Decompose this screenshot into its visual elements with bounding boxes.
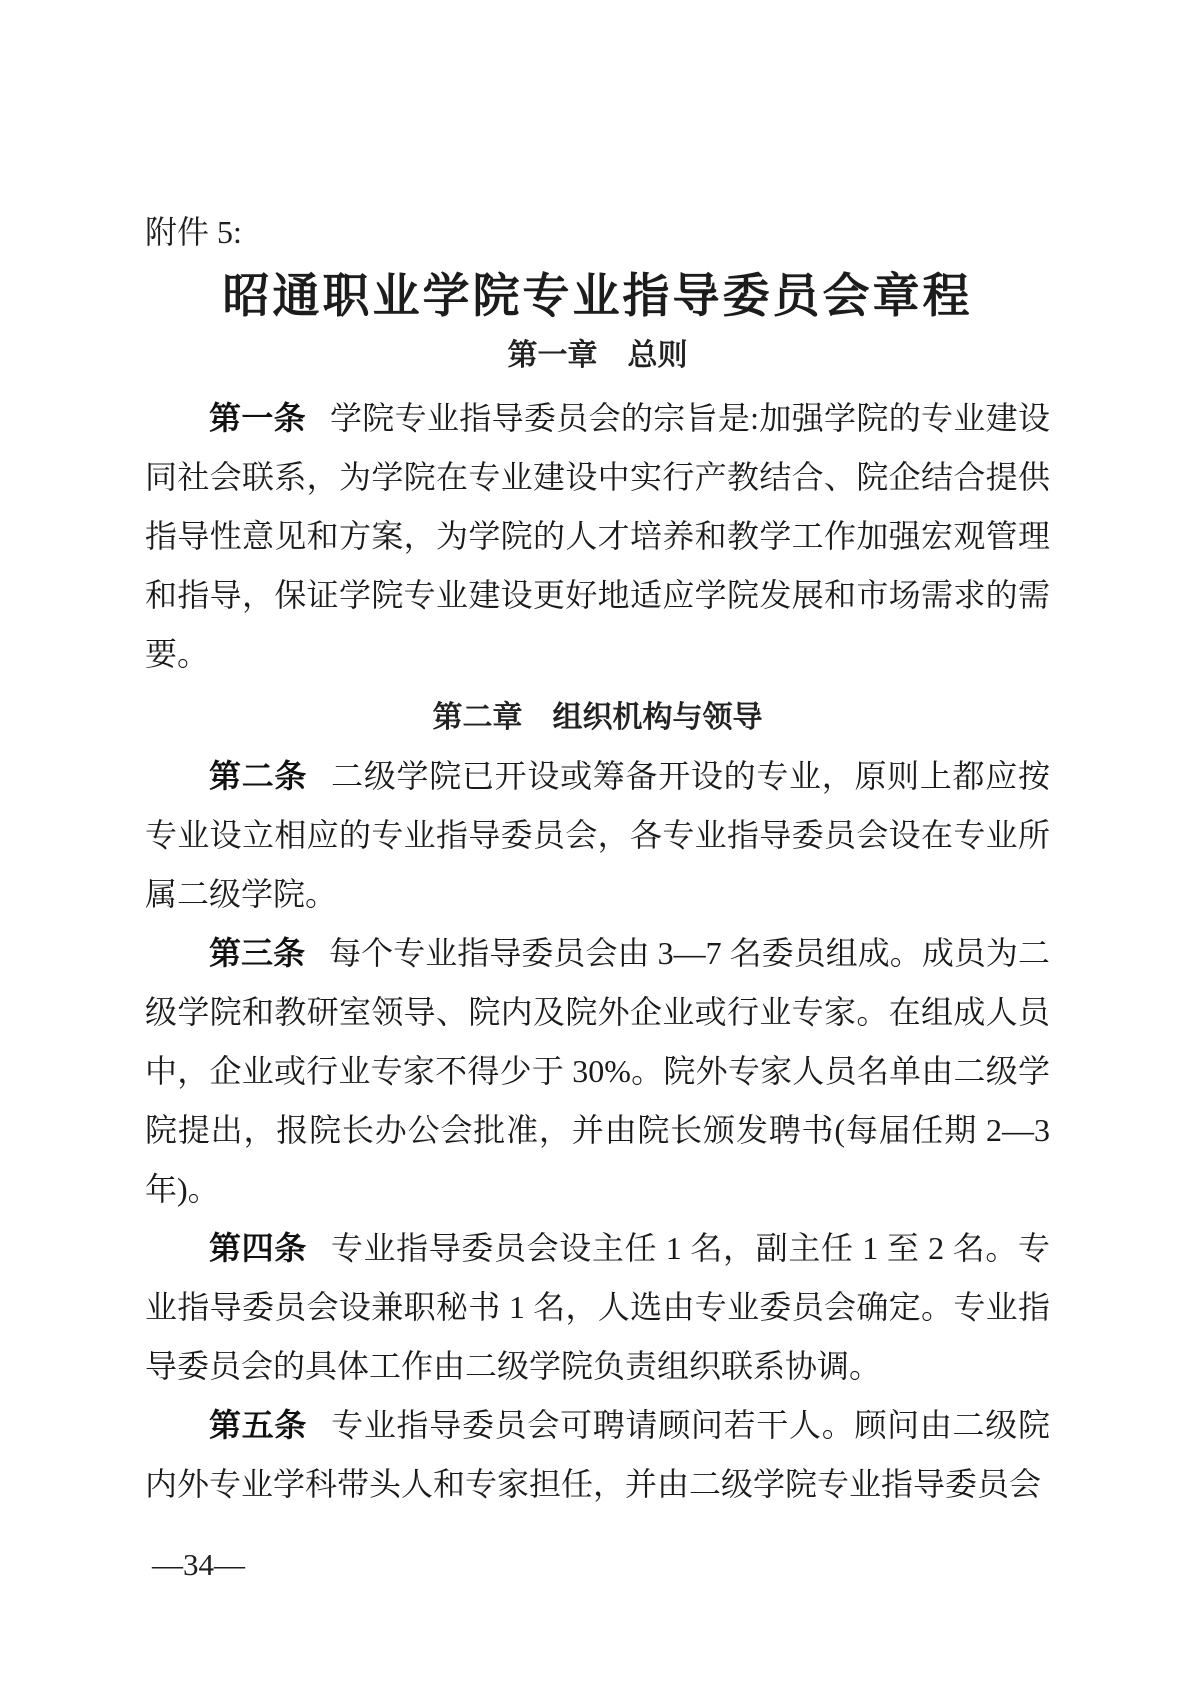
article-3: 第三条每个专业指导委员会由 3—7 名委员组成。成员为二级学院和教研室领导、院内… [145,924,1050,1219]
article-1: 第一条学院专业指导委员会的宗旨是:加强学院的专业建设同社会联系，为学院在专业建设… [145,389,1050,684]
document-content: 附件 5: 昭通职业学院专业指导委员会章程 第一章 总则 第一条学院专业指导委员… [145,0,1050,1585]
attachment-label: 附件 5: [145,210,1050,254]
chapter-1-heading: 第一章 总则 [145,333,1050,379]
article-1-text: 学院专业指导委员会的宗旨是:加强学院的专业建设同社会联系，为学院在专业建设中实行… [145,400,1050,672]
article-4: 第四条专业指导委员会设主任 1 名，副主任 1 至 2 名。专业指导委员会设兼职… [145,1219,1050,1396]
article-5: 第五条专业指导委员会可聘请顾问若干人。顾问由二级院内外专业学科带头人和专家担任，… [145,1396,1050,1514]
article-2: 第二条二级学院已开设或筹备开设的专业，原则上都应按专业设立相应的专业指导委员会，… [145,747,1050,924]
article-4-label: 第四条 [209,1230,307,1266]
article-2-label: 第二条 [209,758,307,794]
article-3-label: 第三条 [209,935,305,971]
article-1-label: 第一条 [209,400,306,436]
page-number: —34— [145,1545,1050,1585]
article-3-text: 每个专业指导委员会由 3—7 名委员组成。成员为二级学院和教研室领导、院内及院外… [145,935,1050,1207]
document-title: 昭通职业学院专业指导委员会章程 [145,268,1050,326]
document-page: 附件 5: 昭通职业学院专业指导委员会章程 第一章 总则 第一条学院专业指导委员… [0,0,1191,1684]
chapter-2-heading: 第二章 组织机构与领导 [145,695,1050,741]
article-5-label: 第五条 [209,1407,307,1443]
